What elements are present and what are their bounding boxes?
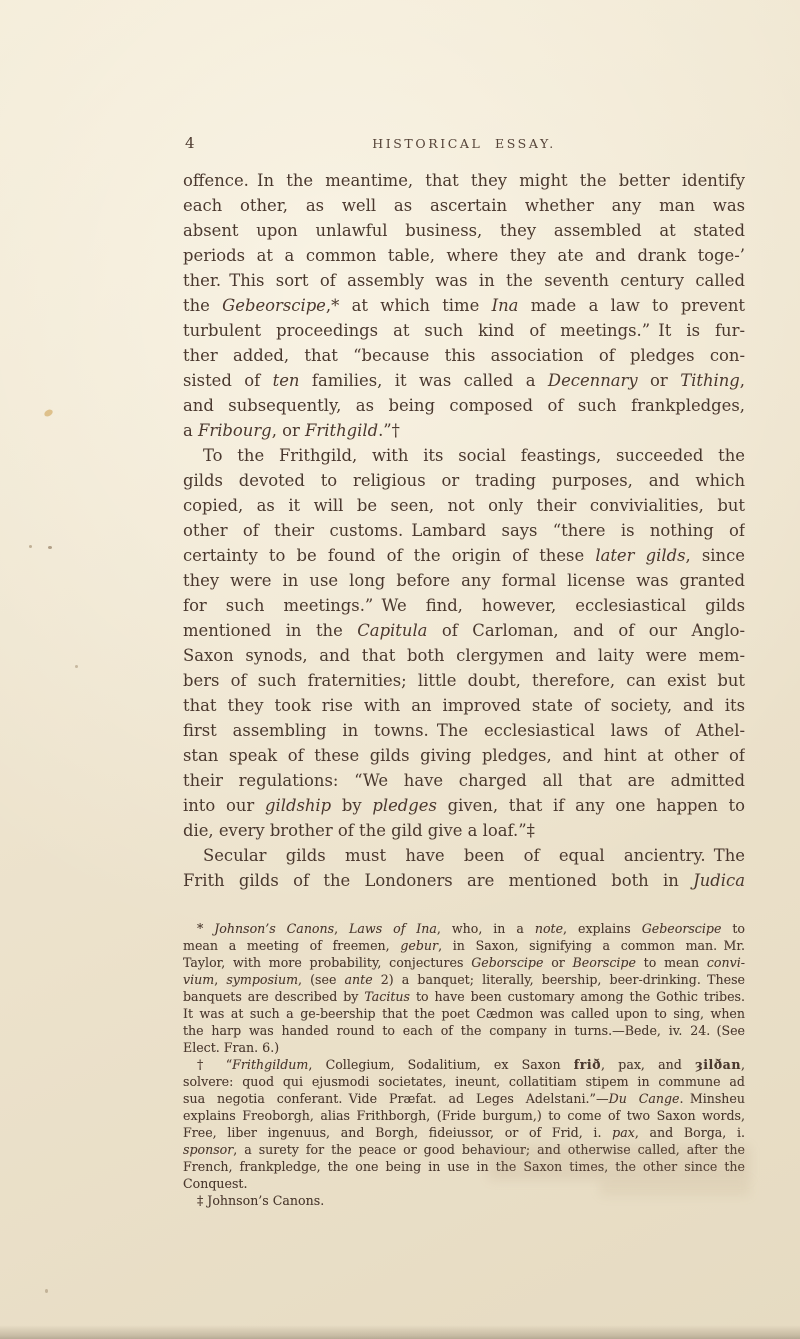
text-line: other of their customs. Lambard says “th… bbox=[183, 518, 745, 543]
text-line: certainty to be found of the origin of t… bbox=[183, 543, 745, 568]
text-line: each other, as well as ascertain whether… bbox=[183, 193, 745, 218]
text-line: solvere: quod qui ejusmodi societates, i… bbox=[183, 1073, 745, 1090]
text-line: the Gebeorscipe,* at which time Ina made… bbox=[183, 293, 745, 318]
text-line: To the Frithgild, with its social feasti… bbox=[183, 443, 745, 468]
text-line: offence. In the meantime, that they migh… bbox=[183, 168, 745, 193]
text-line: and subsequently, as being composed of s… bbox=[183, 393, 745, 418]
text-line: Saxon synods, and that both clergymen an… bbox=[183, 643, 745, 668]
text-line: absent upon unlawful business, they asse… bbox=[183, 218, 745, 243]
text-line: * Johnson’s Canons, Laws of Ina, who, in… bbox=[183, 920, 745, 937]
text-line: Elect. Fran. 6.) bbox=[183, 1039, 745, 1056]
text-line: they were in use long before any formal … bbox=[183, 568, 745, 593]
text-line: Frith gilds of the Londoners are mention… bbox=[183, 868, 745, 893]
text-line: copied, as it will be seen, not only the… bbox=[183, 493, 745, 518]
page-bottom-edge bbox=[0, 1325, 800, 1339]
text-line: stan speak of these gilds giving pledges… bbox=[183, 743, 745, 768]
text-line: ther. This sort of assembly was in the s… bbox=[183, 268, 745, 293]
text-line: † “Frithgildum, Collegium, Sodalitium, e… bbox=[183, 1056, 745, 1073]
main-text: offence. In the meantime, that they migh… bbox=[183, 168, 745, 893]
text-line: vium, symposium, (see ante 2) a banquet;… bbox=[183, 971, 745, 988]
text-line: into our gildship by pledges given, that… bbox=[183, 793, 745, 818]
text-line: mean a meeting of freemen, gebur, in Sax… bbox=[183, 937, 745, 954]
text-line: a Fribourg, or Frithgild.”† bbox=[183, 418, 745, 443]
text-line: sua negotia conferant. Vide Præfat. ad L… bbox=[183, 1090, 745, 1107]
text-line: their regulations: “We have charged all … bbox=[183, 768, 745, 793]
text-line: turbulent proceedings at such kind of me… bbox=[183, 318, 745, 343]
page-header: 4 HISTORICAL ESSAY. bbox=[183, 134, 745, 156]
paper-speck bbox=[43, 408, 54, 418]
text-line: It was at such a ge-beership that the po… bbox=[183, 1005, 745, 1022]
paragraph: offence. In the meantime, that they migh… bbox=[183, 168, 745, 443]
text-line: gilds devoted to religious or trading pu… bbox=[183, 468, 745, 493]
footnote: * Johnson’s Canons, Laws of Ina, who, in… bbox=[183, 920, 745, 1056]
text-line: Taylor, with more probability, conjectur… bbox=[183, 954, 745, 971]
paper-speck bbox=[75, 665, 78, 668]
page-number: 4 bbox=[185, 134, 195, 152]
text-line: that they took rise with an improved sta… bbox=[183, 693, 745, 718]
paragraph: To the Frithgild, with its social feasti… bbox=[183, 443, 745, 843]
text-line: Secular gilds must have been of equal an… bbox=[183, 843, 745, 868]
text-line: first assembling in towns. The ecclesias… bbox=[183, 718, 745, 743]
page-showthrough bbox=[488, 1146, 750, 1180]
text-line: mentioned in the Capitula of Carloman, a… bbox=[183, 618, 745, 643]
running-title: HISTORICAL ESSAY. bbox=[183, 134, 745, 151]
paper-speck bbox=[48, 546, 52, 549]
text-line: die, every brother of the gild give a lo… bbox=[183, 818, 745, 843]
page-showthrough bbox=[600, 1180, 750, 1196]
text-line: bers of such fraternities; little doubt,… bbox=[183, 668, 745, 693]
paper-speck bbox=[45, 1289, 48, 1293]
text-line: the harp was handed round to each of the… bbox=[183, 1022, 745, 1039]
text-line: for such meetings.” We find, however, ec… bbox=[183, 593, 745, 618]
paper-speck bbox=[29, 545, 32, 548]
book-page: 4 HISTORICAL ESSAY. offence. In the mean… bbox=[0, 0, 800, 1339]
text-line: sisted of ten families, it was called a … bbox=[183, 368, 745, 393]
text-line: ther added, that “because this associati… bbox=[183, 343, 745, 368]
text-line: periods at a common table, where they at… bbox=[183, 243, 745, 268]
text-line: banquets are described by Tacitus to hav… bbox=[183, 988, 745, 1005]
text-line: Free, liber ingenuus, and Borgh, fideius… bbox=[183, 1124, 745, 1141]
paragraph: Secular gilds must have been of equal an… bbox=[183, 843, 745, 893]
text-line: explains Freoborgh, alias Frithborgh, (F… bbox=[183, 1107, 745, 1124]
